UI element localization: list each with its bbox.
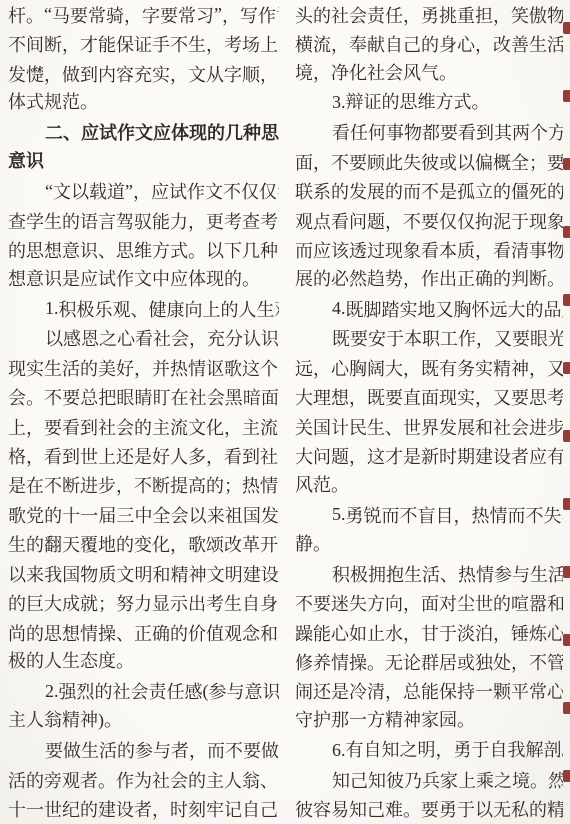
text-line: 境，净化社会风气。 xyxy=(295,59,563,88)
edge-red-mark xyxy=(563,362,570,374)
text-line: 意识 xyxy=(8,147,279,176)
text-line: 静。 xyxy=(295,530,563,559)
edge-red-mark xyxy=(563,90,570,102)
text-line: 要做生活的参与者，而不要做生 xyxy=(8,736,279,765)
text-line: 面，不要顾此失彼或以偏概全；要以 xyxy=(295,147,563,176)
text-line: 不间断，才能保证手不生，考场上不 xyxy=(8,29,279,58)
text-column-right: 头的社会责任，勇挑重担，笑傲物欲横流，奉献自己的身心，改善生活环境，净化社会风气… xyxy=(295,0,563,824)
text-line: 知己知彼乃兵家上乘之境。然知 xyxy=(295,765,563,794)
text-line: 活的旁观者。作为社会的主人翁、二 xyxy=(8,765,279,794)
text-line: 观点看问题，不要仅仅拘泥于现象， xyxy=(295,206,563,235)
text-line: 的巨大成就；努力显示出考生自身高 xyxy=(8,588,279,617)
text-line: 彼容易知己难。要勇于以无私的精 xyxy=(295,794,563,823)
text-line: 查学生的语言驾驭能力，更考查考生 xyxy=(8,206,279,235)
text-line: 既要安于本职工作，又要眼光高 xyxy=(295,324,563,353)
text-line: 是在不断进步，不断提高的；热情讴 xyxy=(8,471,279,500)
text-line: 歌党的十一届三中全会以来祖国发 xyxy=(8,500,279,529)
text-column-left: 杆。“马要常骑，字要常习”，写作训练不间断，才能保证手不生，考场上不发憷，做到内… xyxy=(8,0,279,824)
text-line: 二、应试作文应体现的几种思想 xyxy=(8,118,279,147)
text-line: 杆。“马要常骑，字要常习”，写作训练 xyxy=(8,0,279,29)
text-line: 的思想意识、思维方式。以下几种思 xyxy=(8,235,279,264)
text-line: 而应该透过现象看本质，看清事物发 xyxy=(295,235,563,264)
text-line: 生的翻天覆地的变化，歌颂改革开放 xyxy=(8,530,279,559)
text-line: 发憷，做到内容充实，文从字顺，符合 xyxy=(8,59,279,88)
text-line: 5.勇锐而不盲目，热情而不失冷 xyxy=(295,500,563,529)
edge-red-mark xyxy=(563,294,570,306)
text-line: 3.辩证的思维方式。 xyxy=(295,88,563,117)
text-line: 联系的发展的而不是孤立的僵死的 xyxy=(295,177,563,206)
text-line: 尚的思想情操、正确的价值观念和积 xyxy=(8,618,279,647)
edge-red-mark xyxy=(563,770,570,782)
text-line: 远，心胸阔大，既有务实精神，又有远 xyxy=(295,353,563,382)
text-line: 1.积极乐观、健康向上的人生观。 xyxy=(8,294,279,323)
text-line: 关国计民生、世界发展和社会进步的 xyxy=(295,412,563,441)
text-line: 横流，奉献自己的身心，改善生活环 xyxy=(295,29,563,58)
text-line: 躁能心如止水，甘于淡泊，锤炼心志， xyxy=(295,618,563,647)
text-line: 积极拥抱生活、热情参与生活而 xyxy=(295,559,563,588)
text-line: 看任何事物都要看到其两个方 xyxy=(295,118,563,147)
text-line: 4.既脚踏实地又胸怀远大的品质。 xyxy=(295,294,563,323)
edge-red-mark xyxy=(563,22,570,34)
edge-red-mark xyxy=(563,634,570,646)
text-line: 主人翁精神)。 xyxy=(8,706,279,735)
text-line: 现实生活的美好，并热情讴歌这个社 xyxy=(8,353,279,382)
text-line: 守护那一方精神家园。 xyxy=(295,706,563,735)
text-line: 大理想，既要直面现实，又要思考有 xyxy=(295,382,563,411)
text-line: 以来我国物质文明和精神文明建设 xyxy=(8,559,279,588)
scanned-page: 杆。“马要常骑，字要常习”，写作训练不间断，才能保证手不生，考场上不发憷，做到内… xyxy=(0,0,570,824)
edge-red-mark xyxy=(563,702,570,714)
text-line: 格，看到世上还是好人多，看到社会 xyxy=(8,441,279,470)
text-line: 6.有自知之明，勇于自我解剖。 xyxy=(295,736,563,765)
text-line: 展的必然趋势，作出正确的判断。 xyxy=(295,265,563,294)
text-line: 极的人生态度。 xyxy=(8,647,279,676)
edge-red-mark xyxy=(563,566,570,578)
edge-red-mark xyxy=(563,498,570,510)
text-line: 闹还是冷清，总能保持一颗平常心， xyxy=(295,677,563,706)
text-line: 会。不要总把眼睛盯在社会黑暗面 xyxy=(8,382,279,411)
text-line: 风范。 xyxy=(295,471,563,500)
text-line: 大问题，这才是新时期建设者应有的 xyxy=(295,441,563,470)
text-line: 不要迷失方向，面对尘世的喧嚣和浮 xyxy=(295,588,563,617)
edge-red-mark xyxy=(563,158,570,170)
text-line: 十一世纪的建设者，时刻牢记自己肩 xyxy=(8,794,279,823)
text-line: 上，要看到社会的主流文化，主流人 xyxy=(8,412,279,441)
edge-red-mark xyxy=(563,226,570,238)
text-line: 以感恩之心看社会，充分认识到 xyxy=(8,324,279,353)
text-line: 修养情操。无论群居或独处，不管热 xyxy=(295,647,563,676)
text-line: 想意识是应试作文中应体现的。 xyxy=(8,265,279,294)
text-line: 头的社会责任，勇挑重担，笑傲物欲 xyxy=(295,0,563,29)
text-line: “文以载道”，应试作文不仅仅考 xyxy=(8,177,279,206)
edge-red-mark xyxy=(563,430,570,442)
text-line: 体式规范。 xyxy=(8,88,279,117)
text-line: 2.强烈的社会责任感(参与意识、 xyxy=(8,677,279,706)
